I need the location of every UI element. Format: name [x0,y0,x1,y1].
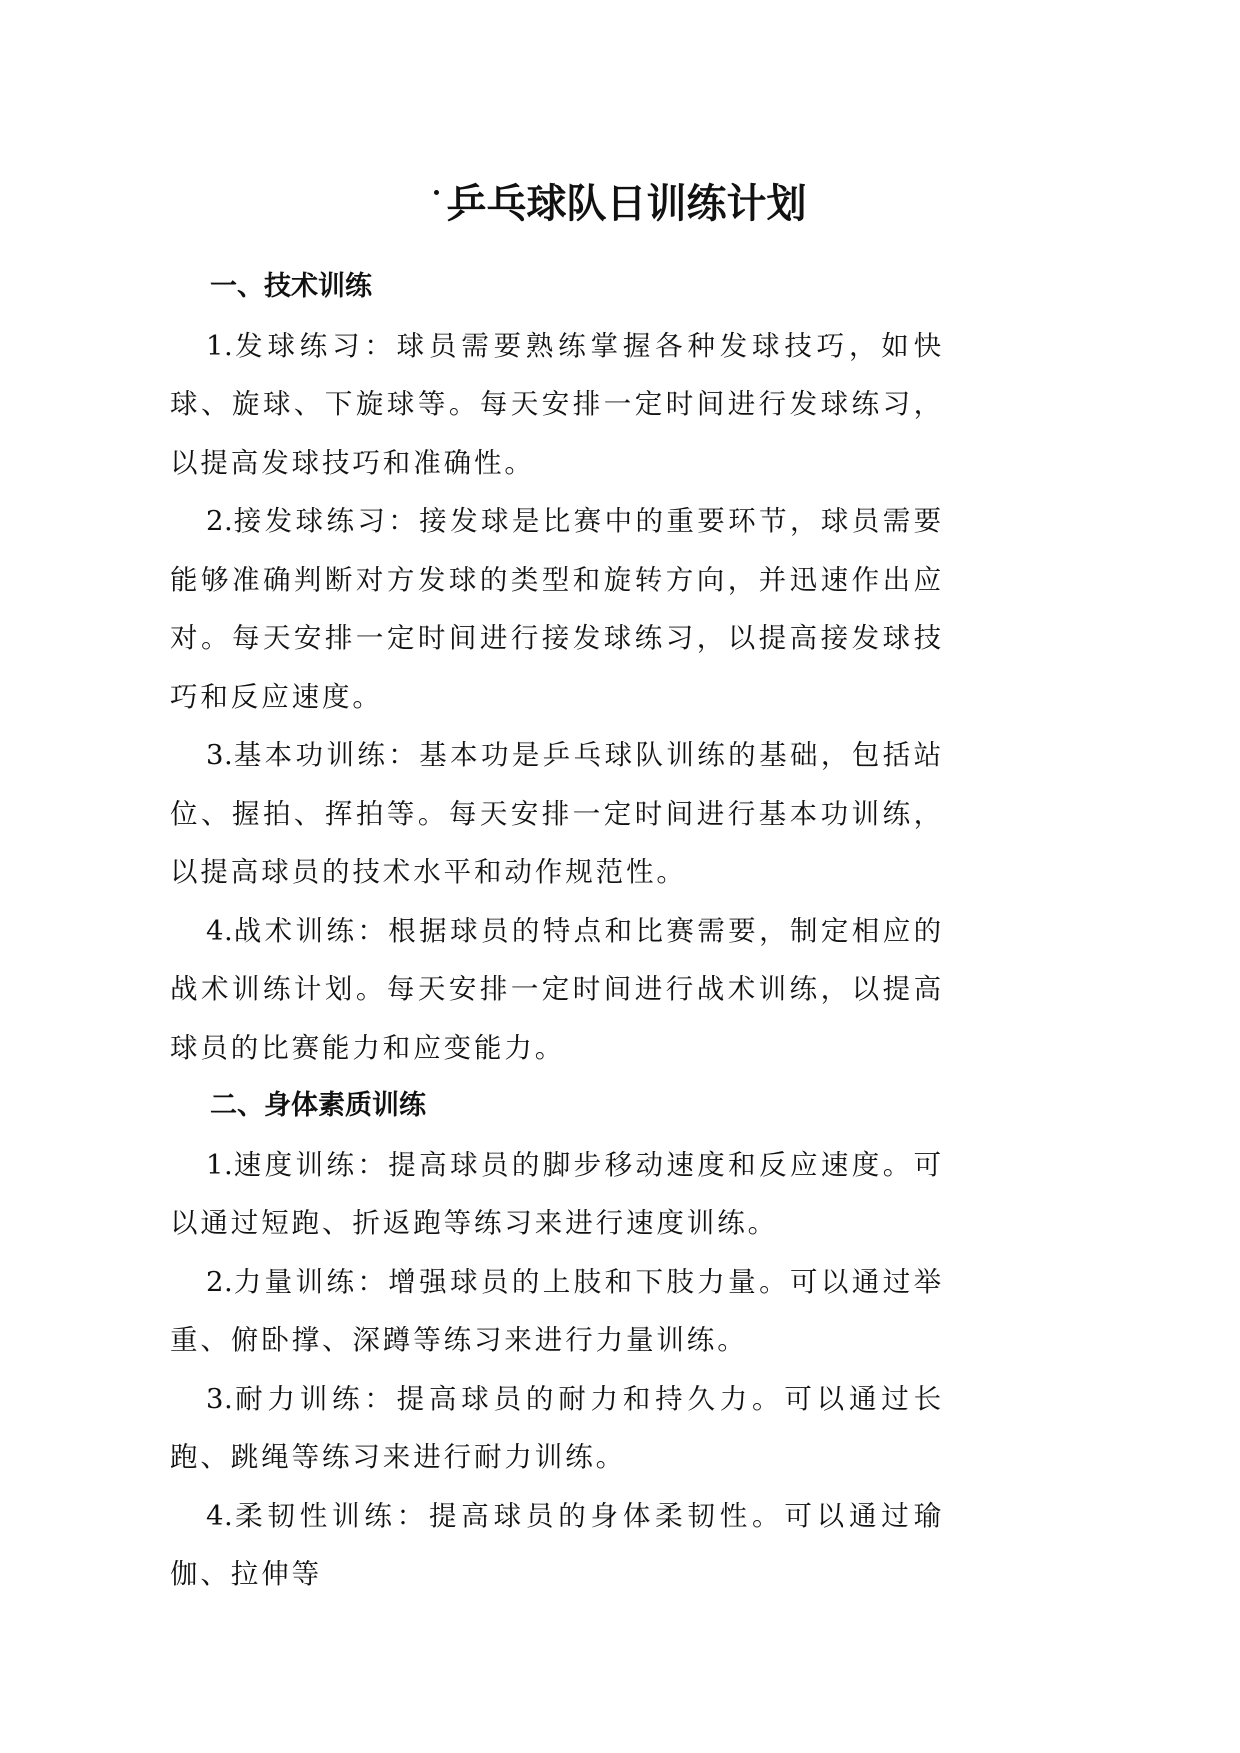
paragraph-text: 发球练习：球员需要熟练掌握各种发球技巧，如快球、旋球、下旋球等。每天安排一定时间… [170,330,944,479]
paragraph-fundamentals: 3.基本功训练：基本功是乒乓球队训练的基础，包括站位、握拍、挥拍等。每天安排一定… [170,726,944,902]
paragraph-text: 柔韧性训练：提高球员的身体柔韧性。可以通过瑜伽、拉伸等 [170,1500,944,1591]
item-number: 1. [206,1149,233,1181]
paragraph-endurance: 3.耐力训练：提高球员的耐力和持久力。可以通过长跑、跳绳等练习来进行耐力训练。 [170,1370,944,1487]
section-heading-technical: 一、技术训练 [170,258,944,317]
paragraph-text: 速度训练：提高球员的脚步移动速度和反应速度。可以通过短跑、折返跑等练习来进行速度… [170,1149,944,1240]
item-number: 1. [206,330,233,362]
paragraph-receive-practice: 2.接发球练习：接发球是比赛中的重要环节，球员需要能够准确判断对方发球的类型和旋… [170,492,944,726]
paragraph-text: 接发球练习：接发球是比赛中的重要环节，球员需要能够准确判断对方发球的类型和旋转方… [170,505,944,713]
paragraph-flexibility: 4.柔韧性训练：提高球员的身体柔韧性。可以通过瑜伽、拉伸等 [170,1487,944,1604]
item-number: 4. [206,915,233,947]
paragraph-speed: 1.速度训练：提高球员的脚步移动速度和反应速度。可以通过短跑、折返跑等练习来进行… [170,1136,944,1253]
paragraph-tactics: 4.战术训练：根据球员的特点和比赛需要，制定相应的战术训练计划。每天安排一定时间… [170,902,944,1078]
item-number: 2. [206,505,233,537]
document-title-text: 乒乓球队日训练计划 [447,181,807,227]
paragraph-serve-practice: 1.发球练习：球员需要熟练掌握各种发球技巧，如快球、旋球、下旋球等。每天安排一定… [170,317,944,493]
item-number: 2. [206,1266,233,1298]
item-number: 3. [206,1383,233,1415]
paragraph-strength: 2.力量训练：增强球员的上肢和下肢力量。可以通过举重、俯卧撑、深蹲等练习来进行力… [170,1253,944,1370]
document-body: 一、技术训练 1.发球练习：球员需要熟练掌握各种发球技巧，如快球、旋球、下旋球等… [170,258,944,1604]
document-page: 乒乓球队日训练计划 一、技术训练 1.发球练习：球员需要熟练掌握各种发球技巧，如… [0,0,1240,1753]
document-title: 乒乓球队日训练计划 [0,176,1240,232]
bullet-dot-icon [434,190,439,195]
paragraph-text: 耐力训练：提高球员的耐力和持久力。可以通过长跑、跳绳等练习来进行耐力训练。 [170,1383,944,1474]
item-number: 3. [206,739,233,771]
paragraph-text: 战术训练：根据球员的特点和比赛需要，制定相应的战术训练计划。每天安排一定时间进行… [170,915,944,1064]
paragraph-text: 力量训练：增强球员的上肢和下肢力量。可以通过举重、俯卧撑、深蹲等练习来进行力量训… [170,1266,944,1357]
item-number: 4. [206,1500,233,1532]
section-heading-physical: 二、身体素质训练 [170,1077,944,1136]
paragraph-text: 基本功训练：基本功是乒乓球队训练的基础，包括站位、握拍、挥拍等。每天安排一定时间… [170,739,944,888]
